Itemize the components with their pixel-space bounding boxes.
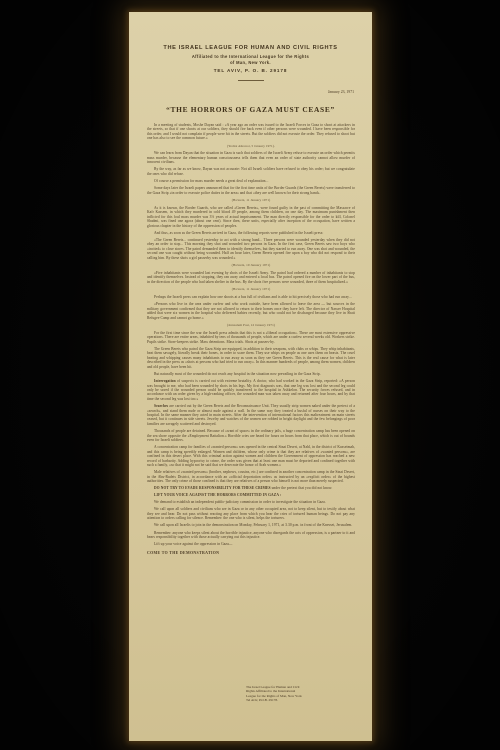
document-header: THE ISRAEL LEAGUE FOR HUMAN AND CIVIL RI… xyxy=(129,12,372,81)
paragraph: Male relatives of «wanted persons» (brot… xyxy=(147,470,355,483)
org-affiliation-line1: Affiliated to the International League f… xyxy=(129,54,372,59)
paragraph: We demand to establish an independent pu… xyxy=(147,500,355,504)
paragraph: Thousands of people are detained. Becaus… xyxy=(147,429,355,442)
paragraph: «The Green Berets... continued yesterday… xyxy=(147,238,355,260)
signature-block: The Israel League for Human and CivilRig… xyxy=(246,685,372,703)
citation-line: (Jerusalem Post, 12 January 1971) xyxy=(147,323,355,327)
paragraph: As it is known, the Border Guards, who a… xyxy=(147,206,355,228)
paragraph: And thus, as soon as the Green Berets ar… xyxy=(147,231,355,235)
citation-line: (Ha'aretz, 11 January 1971) xyxy=(147,198,355,202)
citation-line: (Ha'aretz, 11 January 1971) xyxy=(147,287,355,291)
paragraph: A concentration camp for families of «wa… xyxy=(147,445,355,467)
paragraph: Remember: anyone who keeps silent about … xyxy=(147,531,355,540)
signature-line: Tel Aviv, P.O.B. 29178. xyxy=(246,698,372,702)
leaflet-paper: THE ISRAEL LEAGUE FOR HUMAN AND CIVIL RI… xyxy=(129,12,372,741)
paragraph: We can learn from Dayan that the situati… xyxy=(147,151,355,164)
paragraph: By the way, as far as we know, Dayan was… xyxy=(147,167,355,176)
paragraph: DO NOT TRY TO EVADE RESPONSIBILITY FOR T… xyxy=(147,486,355,490)
paragraph: Searches are carried out by the Green Be… xyxy=(147,404,355,426)
header-divider xyxy=(238,80,264,81)
document-title: “THE HORRORS OF GAZA MUST CEASE” xyxy=(129,105,372,114)
paragraph: In a meeting of students, Moshe Dayan sa… xyxy=(147,123,355,141)
citation-line: (Yediot Ahronot, 5 January 1971). xyxy=(147,144,355,148)
paragraph: But naturally most of the wounded do not… xyxy=(147,372,355,376)
paragraph: LIFT YOUR VOICE AGAINST THE HORRORS COMM… xyxy=(147,493,355,497)
paragraph: Lift up your voice against the oppressio… xyxy=(147,542,355,546)
paragraph: «Five inhabitants were wounded last even… xyxy=(147,271,355,284)
paragraph: Some days later the Israeli papers annou… xyxy=(147,186,355,195)
paragraph: The Green Berets who patrol the Gaza Str… xyxy=(147,347,355,369)
paragraph: Of course a permission for mass murder n… xyxy=(147,179,355,183)
paragraph: For the first time since the war the Isr… xyxy=(147,331,355,344)
org-name: THE ISRAEL LEAGUE FOR HUMAN AND CIVIL RI… xyxy=(129,45,372,51)
paragraph: Interrogation of suspects is carried out… xyxy=(147,379,355,401)
document-body: In a meeting of students, Moshe Dayan sa… xyxy=(129,114,372,679)
citation-line: (Ha'aretz, 10 January 1971) xyxy=(147,263,355,267)
paragraph: We call upon all Israelis to join in the… xyxy=(147,523,355,527)
paragraph: «Persons who live in the area under curf… xyxy=(147,302,355,320)
paragraph: We call upon all soldiers and civilians … xyxy=(147,507,355,520)
org-affiliation-line2: of Man, New York. xyxy=(129,60,372,65)
org-address: TEL AVIV, P. O. B. 29178 xyxy=(129,68,372,73)
cta-line: COME TO THE DEMONSTRATION xyxy=(147,551,355,556)
document-date: January 23, 1971 xyxy=(129,90,372,94)
paragraph: Perhaps the Israeli press can explain ho… xyxy=(147,295,355,299)
